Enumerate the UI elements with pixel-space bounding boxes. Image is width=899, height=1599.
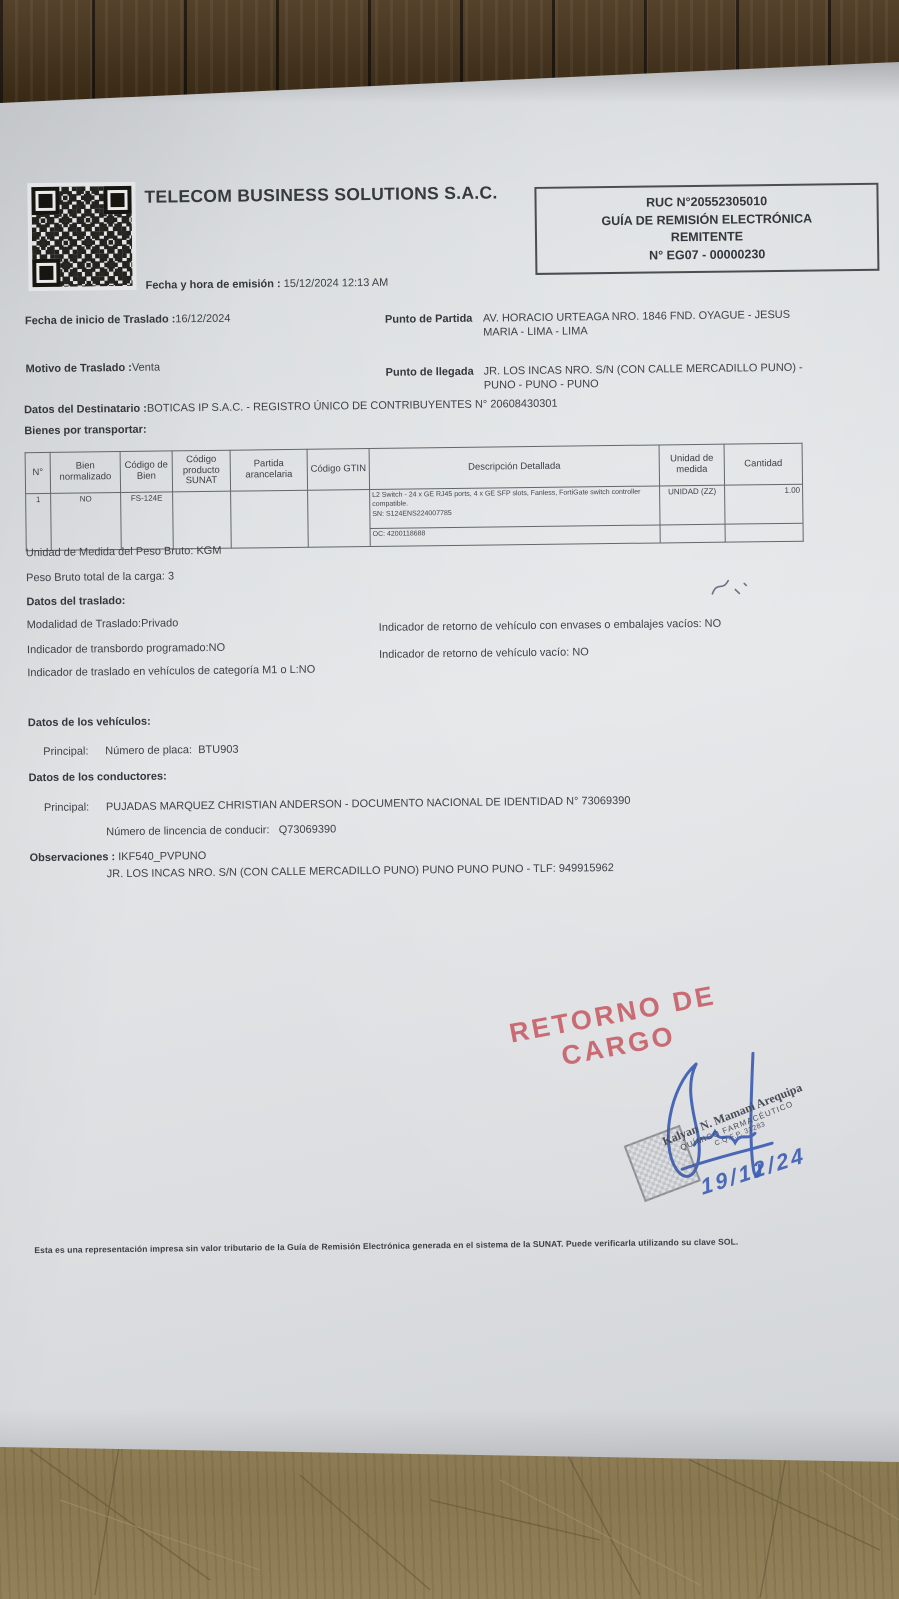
document-number: N° EG07 - 00000230 [541,244,873,266]
driver-license: Número de lincencia de conducir: Q730693… [106,823,336,840]
cell-item-code: FS-124E [121,492,174,550]
category-m1l: Indicador de traslado en vehículos de ca… [27,664,315,681]
cell-empty [725,523,803,542]
transfer-reason: Motivo de Traslado :Venta [25,362,160,377]
col-header: Código producto SUNAT [172,450,230,492]
gross-weight: Peso Bruto total de la carga: 3 [26,570,174,586]
company-name: TELECOM BUSINESS SOLUTIONS S.A.C. [144,182,497,207]
pen-scribble [708,574,752,599]
goods-table: N° Bien normalizado Código de Bien Códig… [25,443,804,551]
destination-value: JR. LOS INCAS NRO. S/N (CON CALLE MERCAD… [484,362,814,394]
consignee: Datos del Destinatario :BOTICAS IP S.A.C… [24,398,558,418]
start-date: Fecha de inicio de Traslado :16/12/2024 [25,313,231,329]
qr-finder-icon [103,186,131,214]
driver-name-dni: PUJADAS MARQUEZ CHRISTIAN ANDERSON - DOC… [106,794,706,815]
cell-normalized: NO [51,493,122,551]
document-id-box: RUC N°20552305010 GUÍA DE REMISIÓN ELECT… [534,183,879,275]
vehicle-plate: Número de placa: BTU903 [105,744,238,759]
col-header: Descripción Detallada [369,445,659,490]
vehicle-principal-label: Principal: [43,745,88,759]
return-packaging: Indicador de retorno de vehículo con env… [379,618,722,636]
return-empty: Indicador de retorno de vehículo vacío: … [379,646,589,662]
col-header: N° [25,452,50,493]
document-paper: TELECOM BUSINESS SOLUTIONS S.A.C. RUC N°… [0,0,899,1599]
goods-heading: Bienes por transportar: [24,424,146,439]
col-header: Unidad de medida [659,444,724,486]
cell-empty [660,524,725,543]
origin-value: AV. HORACIO URTEAGA NRO. 1846 FND. OYAGU… [483,309,803,340]
cell-tariff [231,490,309,548]
col-header: Código GTIN [307,448,369,490]
origin-label: Punto de Partida [385,313,473,328]
cell-oc: OC: 4200118688 [370,525,660,547]
modality: Modalidad de Traslado:Privado [27,617,179,633]
qr-finder-icon [31,187,59,215]
observations: Observaciones : IKF540_PVPUNO [29,850,206,866]
col-header: Bien normalizado [50,452,120,494]
qr-code-icon [31,186,132,287]
observations-address: JR. LOS INCAS NRO. S/N (CON CALLE MERCAD… [107,861,727,882]
transshipment: Indicador de transbordo programado:NO [27,642,225,658]
cell-gtin [308,489,371,547]
destination-label: Punto de llegada [386,366,474,381]
cell-unit: UNIDAD (ZZ) [660,485,725,525]
qr-finder-icon [32,259,60,287]
weight-unit: Unidad de Medida del Peso Bruto: KGM [26,545,222,561]
transfer-heading: Datos del traslado: [26,595,125,610]
col-header: Partida arancelaria [230,449,307,491]
cell-quantity: 1.00 [725,484,803,524]
vehicles-heading: Datos de los vehículos: [28,716,151,731]
col-header: Código de Bien [120,451,172,493]
col-header: Cantidad [724,443,802,485]
cell-number: 1 [26,493,52,550]
cell-sunat-code [173,491,232,549]
emission-datetime: Fecha y hora de emisión : 15/12/2024 12:… [145,277,388,294]
driver-principal-label: Principal: [44,801,89,815]
legal-footer: Esta es una representación impresa sin v… [34,1236,794,1255]
cell-description: L2 Switch - 24 x GE RJ45 ports, 4 x GE S… [370,486,660,529]
drivers-heading: Datos de los conductores: [28,770,166,785]
